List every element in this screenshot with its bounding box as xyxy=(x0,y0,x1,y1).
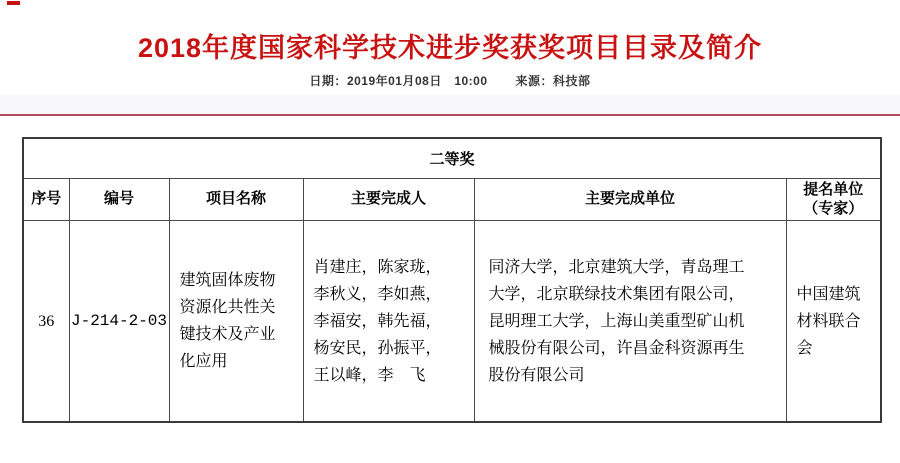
table-row: 36 J-214-2-03 建筑固体废物资源化共性关键技术及产业化应用 肖建庄，… xyxy=(23,221,881,423)
main-contributors-cell: 肖建庄，陈家珑，李秋义，李如燕，李福安，韩先福，杨安民，孙振平，王以峰，李 飞 xyxy=(303,221,474,423)
award-grade-row: 二等奖 xyxy=(23,138,881,179)
column-header-nominator: 提名单位 （专家） xyxy=(786,179,881,221)
award-grade-cell: 二等奖 xyxy=(23,138,881,179)
column-header-project: 项目名称 xyxy=(169,179,303,221)
column-header-people: 主要完成人 xyxy=(303,179,474,221)
row-index-cell: 36 xyxy=(23,221,69,423)
page-title: 2018年度国家科学技术进步奖获奖项目目录及简介 xyxy=(0,26,900,65)
date-label: 日期： xyxy=(309,74,347,88)
nominating-unit-cell: 中国建筑材料联合会 xyxy=(786,221,881,423)
main-organizations-cell: 同济大学，北京建筑大学，青岛理工大学，北京联绿技术集团有限公司，昆明理工大学，上… xyxy=(474,221,786,423)
top-left-red-dash xyxy=(7,1,20,5)
column-header-row: 序号 编号 项目名称 主要完成人 主要完成单位 提名单位 （专家） xyxy=(23,179,881,221)
awards-table: 二等奖 序号 编号 项目名称 主要完成人 主要完成单位 提名单位 （专家） 36… xyxy=(22,137,882,423)
column-header-nominator-line2: （专家） xyxy=(803,201,863,217)
column-header-units: 主要完成单位 xyxy=(474,179,786,221)
source-label: 来源： xyxy=(516,74,554,88)
project-name-cell: 建筑固体废物资源化共性关键技术及产业化应用 xyxy=(169,221,303,423)
project-code-cell: J-214-2-03 xyxy=(69,221,169,423)
column-header-code: 编号 xyxy=(69,179,169,221)
source-value: 科技部 xyxy=(553,74,591,88)
header-divider-band xyxy=(0,95,900,116)
page: 2018年度国家科学技术进步奖获奖项目目录及简介 日期：2019年01月08日 … xyxy=(0,0,900,463)
date-value: 2019年01月08日 10:00 xyxy=(347,74,488,88)
column-header-index: 序号 xyxy=(23,179,69,221)
column-header-nominator-line1: 提名单位 xyxy=(803,182,863,198)
meta-line: 日期：2019年01月08日 10:00来源：科技部 xyxy=(0,72,900,89)
